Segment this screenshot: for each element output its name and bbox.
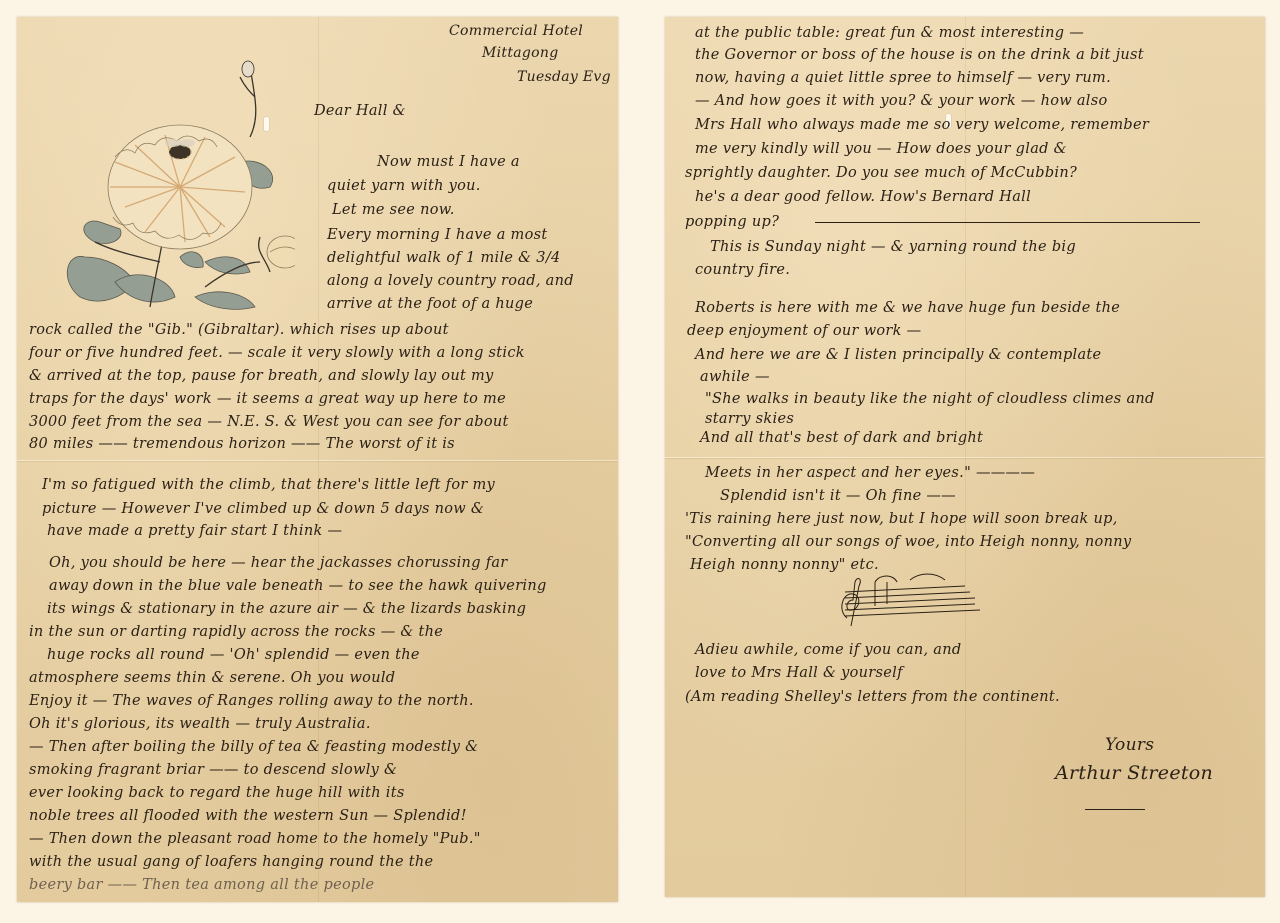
- letter-line: he's a dear good fellow. How's Bernard H…: [695, 189, 1031, 205]
- letter-line: traps for the days' work — it seems a gr…: [29, 391, 506, 407]
- letter-line: "Converting all our songs of woe, into H…: [685, 534, 1131, 550]
- letter-line: Enjoy it — The waves of Ranges rolling a…: [29, 693, 474, 709]
- letter-line: in the sun or darting rapidly across the…: [29, 624, 443, 640]
- letter-signature: Arthur Streeton: [1055, 762, 1213, 784]
- letter-page-right: at the public table: great fun & most in…: [665, 17, 1265, 897]
- letter-line: delightful walk of 1 mile & 3/4: [327, 250, 561, 266]
- letter-line: arrive at the foot of a huge: [327, 296, 533, 312]
- letter-line: beery bar —— Then tea among all the peop…: [29, 877, 374, 893]
- chrysanthemum-illustration: [55, 57, 295, 312]
- letter-line: at the public table: great fun & most in…: [695, 25, 1084, 41]
- letter-line: "She walks in beauty like the night of c…: [705, 391, 1155, 407]
- letter-line: 3000 feet from the sea — N.E. S. & West …: [29, 414, 509, 430]
- letter-closing: Yours: [1105, 735, 1154, 755]
- letter-line: rock called the "Gib." (Gibraltar). whic…: [29, 322, 449, 338]
- letter-line: Meets in her aspect and her eyes." ————: [705, 465, 1035, 481]
- letter-line: Now must I have a: [377, 154, 520, 170]
- letter-line: its wings & stationary in the azure air …: [47, 601, 526, 617]
- letter-line: smoking fragrant briar —— to descend slo…: [29, 762, 397, 778]
- ink-rule: [815, 222, 1200, 223]
- letter-line: (Am reading Shelley's letters from the c…: [685, 689, 1060, 705]
- letter-page-left: Commercial Hotel Mittagong Tuesday Evg D…: [17, 17, 618, 902]
- letter-line: & arrived at the top, pause for breath, …: [29, 368, 494, 384]
- letter-line: noble trees all flooded with the western…: [29, 808, 467, 824]
- letter-line: — And how goes it with you? & your work …: [695, 93, 1108, 109]
- letter-line: And all that's best of dark and bright: [700, 430, 983, 446]
- letter-header-hotel: Commercial Hotel: [449, 23, 583, 39]
- letter-line: love to Mrs Hall & yourself: [695, 665, 903, 681]
- letter-line: Oh, you should be here — hear the jackas…: [49, 555, 508, 571]
- letter-header-town: Mittagong: [482, 45, 558, 61]
- letter-line: 'Tis raining here just now, but I hope w…: [685, 511, 1118, 527]
- signature-underline: [1085, 809, 1145, 810]
- letter-line: country fire.: [695, 262, 790, 278]
- letter-line: — Then after boiling the billy of tea & …: [29, 739, 478, 755]
- letter-line: the Governor or boss of the house is on …: [695, 47, 1144, 63]
- letter-line: along a lovely country road, and: [327, 273, 574, 289]
- letter-line: huge rocks all round — 'Oh' splendid — e…: [47, 647, 420, 663]
- letter-line: Adieu awhile, come if you can, and: [695, 642, 961, 658]
- letter-line: quiet yarn with you.: [327, 178, 481, 194]
- letter-line: 80 miles —— tremendous horizon —— The wo…: [29, 436, 455, 452]
- letter-line: have made a pretty fair start I think —: [47, 523, 342, 539]
- letter-salutation: Dear Hall &: [314, 103, 406, 119]
- letter-line: Let me see now.: [332, 202, 455, 218]
- letter-line: away down in the blue vale beneath — to …: [49, 578, 547, 594]
- letter-line: Oh it's glorious, its wealth — truly Aus…: [29, 716, 371, 732]
- letter-line: And here we are & I listen principally &…: [695, 347, 1101, 363]
- letter-line: I'm so fatigued with the climb, that the…: [42, 477, 495, 493]
- letter-line: sprightly daughter. Do you see much of M…: [685, 165, 1077, 181]
- letter-line: picture — However I've climbed up & down…: [42, 501, 484, 517]
- letter-line: four or five hundred feet. — scale it ve…: [29, 345, 525, 361]
- letter-line: me very kindly will you — How does your …: [695, 141, 1067, 157]
- letter-line: — Then down the pleasant road home to th…: [29, 831, 481, 847]
- letter-header-date: Tuesday Evg: [517, 69, 611, 85]
- letter-line: now, having a quiet little spree to hims…: [695, 70, 1111, 86]
- letter-line: popping up?: [685, 214, 779, 230]
- letter-line: with the usual gang of loafers hanging r…: [29, 854, 433, 870]
- letter-line: Every morning I have a most: [327, 227, 548, 243]
- letter-line: starry skies: [705, 411, 794, 427]
- letter-line: Splendid isn't it — Oh fine ——: [720, 488, 956, 504]
- letter-line: Mrs Hall who always made me so very welc…: [695, 117, 1149, 133]
- letter-line: Roberts is here with me & we have huge f…: [695, 300, 1120, 316]
- music-staff-sketch: [825, 570, 995, 630]
- letter-line: ever looking back to regard the huge hil…: [29, 785, 405, 801]
- letter-line: This is Sunday night — & yarning round t…: [710, 239, 1076, 255]
- letter-line: deep enjoyment of our work —: [687, 323, 921, 339]
- letter-line: awhile —: [700, 369, 770, 385]
- letter-line: atmosphere seems thin & serene. Oh you w…: [29, 670, 395, 686]
